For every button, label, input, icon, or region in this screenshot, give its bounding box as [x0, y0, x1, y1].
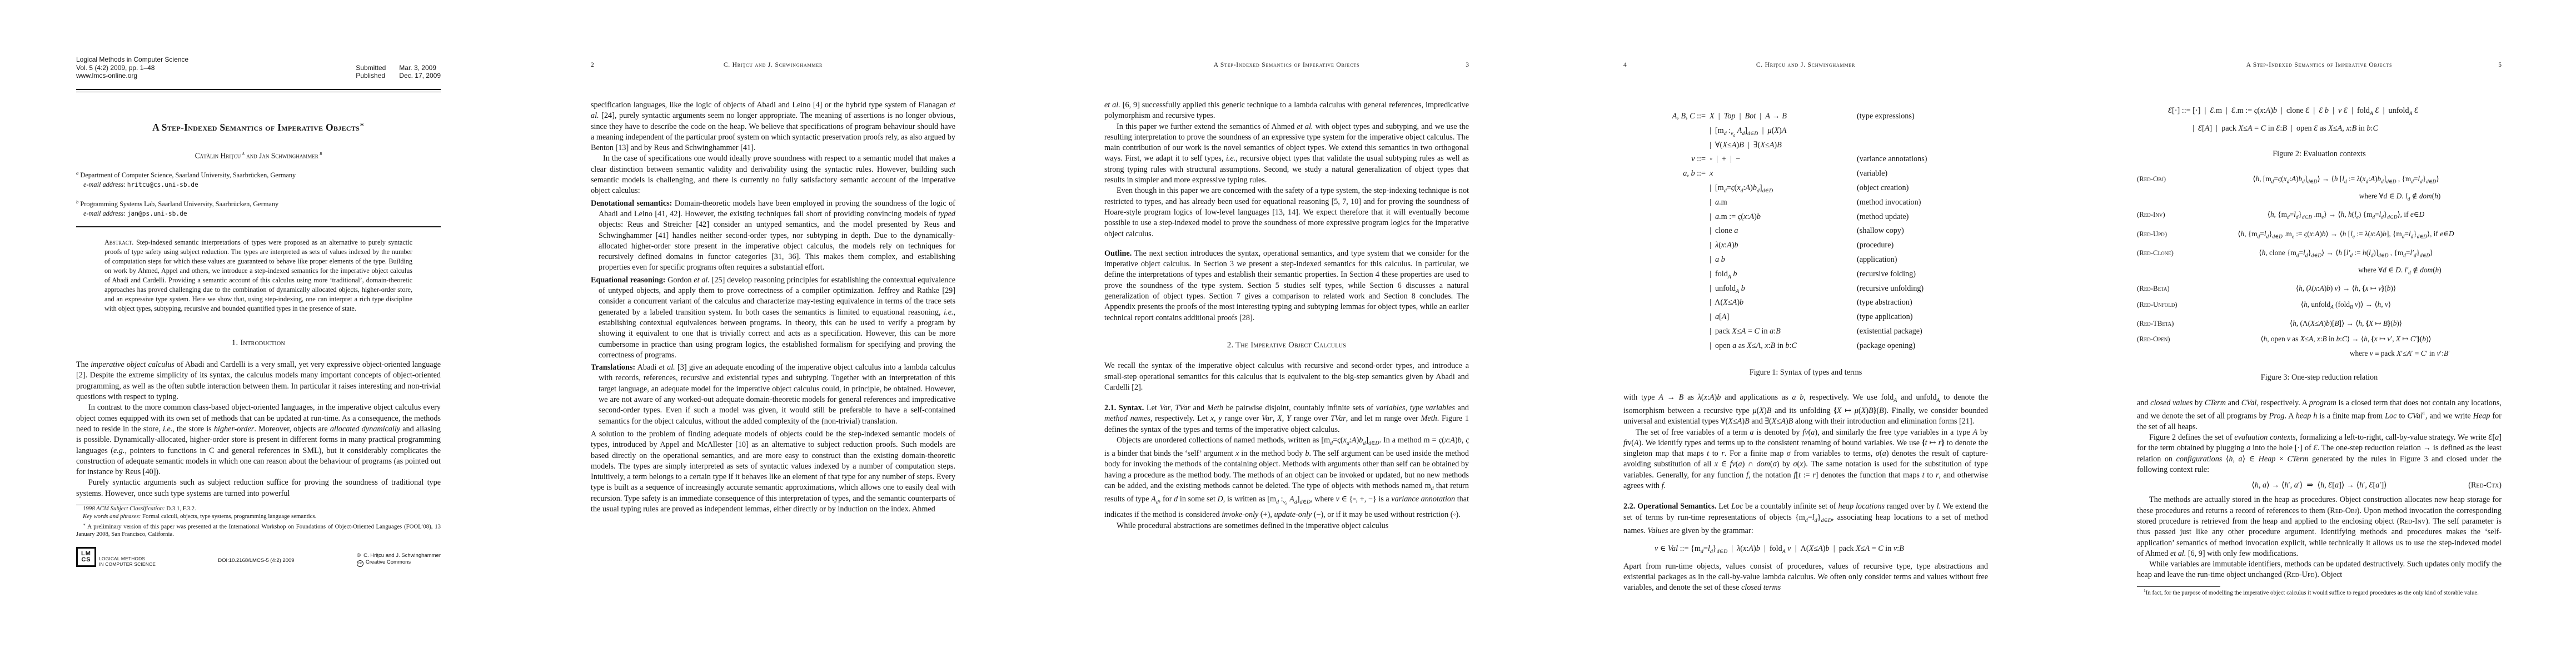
display-equation: v ∈ Val ::= {md=ld}d∈D | λ(x:A)b | foldA… [1623, 541, 1988, 559]
paragraph: with type A → B as λ(x:A)b and applicati… [1623, 392, 1988, 427]
grammar-production: | clone a [1706, 226, 1738, 235]
lmcs-logo-icon: LMCS [76, 547, 96, 567]
footnote: 1998 ACM Subject Classification: D.3.1, … [76, 505, 441, 513]
grammar-comment: (type expressions) [1857, 111, 1915, 122]
rule-row: (Red-Upd)⟨h, {md=ld}d∈D .me := ς(x:A)b⟩ … [2137, 227, 2502, 245]
rule-side-condition: where ∀d ∈ D. ld ∉ dom(h) [2137, 190, 2502, 206]
running-head: 4C. Hriţcu and J. Schwinghammer [1623, 62, 1988, 69]
running-title: C. Hriţcu and J. Schwinghammer [1649, 62, 1962, 69]
paragraph: Figure 2 defines the set of evaluation c… [2137, 432, 2502, 475]
footnote: ∗ A preliminary version of this paper wa… [76, 521, 441, 539]
affiliation-dept: b Programming Systems Lab, Saarland Univ… [76, 197, 441, 210]
grammar-row: | pack X≤A = C in a:B(existential packag… [1623, 326, 1988, 341]
page-body: A, B, C ::=X | Top | Bot | A → B(type ex… [1623, 100, 1988, 594]
rule-formula: ⟨h, clone {md=ld}d∈D⟩ → ⟨h [l′d := h(ld)… [2137, 246, 2502, 263]
page-3: A Step-Indexed Semantics of Imperative O… [1104, 0, 1469, 667]
grammar-row: A, B, C ::=X | Top | Bot | A → B(type ex… [1623, 111, 1988, 126]
copyright-line: © C. Hriţcu and J. Schwinghammer [357, 552, 441, 560]
grammar-row: | a b(application) [1623, 255, 1988, 269]
creative-commons-icon: cc [357, 560, 363, 567]
abstract: Abstract. Step-indexed semantic interpre… [104, 238, 412, 313]
rule-name: (Red-Clone) [2137, 246, 2174, 261]
grammar-production: | pack X≤A = C in a:B [1706, 327, 1781, 336]
page-number-left: 4 [1623, 62, 1649, 69]
rule-row: (Red-TBeta)⟨h, (Λ(X≤A)b)[B]⟩ → ⟨h, {X ↦ … [2137, 316, 2502, 331]
running-title: C. Hriţcu and J. Schwinghammer [616, 62, 930, 69]
double-rule [76, 89, 441, 92]
footnote: 1In fact, for the purpose of modelling t… [2137, 587, 2502, 598]
paragraph: et al. [6, 9] successfully applied this … [1104, 100, 1469, 122]
grammar-production: | a.m := ς(x:A)b [1706, 212, 1761, 221]
paragraph: We recall the syntax of the imperative o… [1104, 361, 1469, 393]
grammar-production: X | Top | Bot | A → B [1706, 112, 1787, 121]
footnote: Key words and phrases: Formal calculi, o… [76, 513, 441, 521]
masthead-left: Logical Methods in Computer ScienceVol. … [76, 56, 188, 80]
grammar-comment: (recursive unfolding) [1857, 283, 1924, 294]
page-number-left [2137, 62, 2163, 69]
grammar-production: | unfoldA b [1706, 284, 1745, 293]
paper-title: A Step-Indexed Semantics of Imperative O… [76, 120, 441, 133]
context-rule-formula: ⟨h, a⟩ → ⟨h′, a′⟩ ⇒ ⟨h, Ɛ[a]⟩ → ⟨h′, Ɛ[a… [2137, 478, 2502, 493]
grammar-comment: (variance annotations) [1857, 154, 1927, 165]
lmcs-logo-label-line: IN COMPUTER SCIENCE [99, 562, 156, 568]
rule-row: (Red-Beta)⟨h, (λ(x:A)b) v⟩ → ⟨h, {x ↦ v}… [2137, 281, 2502, 296]
lmcs-logo-row: CS [81, 557, 91, 563]
paper-authors: Cătălin Hriţcu a and Jan Schwinghammer b [76, 149, 441, 161]
running-head: A Step-Indexed Semantics of Imperative O… [2137, 62, 2502, 69]
grammar-head: a, b ::= [1623, 168, 1706, 179]
date-value: Mar. 3, 2009 [399, 64, 436, 72]
grammar-production: | [md :νd Ad]d∈D | μ(X)A [1706, 126, 1786, 135]
rule-row: (Red-Obj)⟨h, [md=ς(xd:A)bd]d∈D⟩ → ⟨h [ld… [2137, 172, 2502, 206]
grammar-production: x [1706, 169, 1713, 178]
grammar-production: ◦ | + | − [1706, 155, 1740, 163]
page-number-left [1104, 62, 1130, 69]
page-number-right [1962, 62, 1988, 69]
grammar-row: | [md :νd Ad]d∈D | μ(X)A [1623, 126, 1988, 140]
paragraph: Even though in this paper we are concern… [1104, 186, 1469, 239]
paragraph: specification languages, like the logic … [591, 100, 955, 153]
paragraph: and closed values by CTerm and CVal, res… [2137, 398, 2502, 433]
journal-footer: LMCSLOGICAL METHODSIN COMPUTER SCIENCEDO… [76, 547, 441, 567]
grammar-production: | a b [1706, 255, 1725, 264]
grammar-production: | a[A] [1706, 312, 1729, 321]
rule-formula: ⟨h, open v as X≤A, x:B in b:C⟩ → ⟨h, {x … [2137, 332, 2502, 347]
grammar-row: | a[A](type application) [1623, 312, 1988, 326]
paragraph: A solution to the problem of finding ade… [591, 429, 955, 515]
abstract-lead: Abstract. [104, 238, 133, 246]
grammar-row: | open a as X≤A, x:B in b:C(package open… [1623, 341, 1988, 355]
rule-name: (Red-TBeta) [2137, 316, 2174, 331]
paragraph: Apart from run-time objects, values cons… [1623, 561, 1988, 594]
date-label: Published [356, 72, 389, 80]
grammar-head: A, B, C ::= [1623, 111, 1706, 122]
running-head: A Step-Indexed Semantics of Imperative O… [1104, 62, 1469, 69]
display-line: | Ɛ[A] | pack X≤A = C in Ɛ:B | open Ɛ as… [2137, 121, 2502, 136]
paragraph: 2.2. Operational Semantics. Let Loc be a… [1623, 501, 1988, 536]
grammar-row: | clone a(shallow copy) [1623, 226, 1988, 240]
grammar-production: | foldA b [1706, 270, 1737, 278]
grammar-row: | λ(x:A)b(procedure) [1623, 240, 1988, 255]
lmcs-logo-label: LOGICAL METHODSIN COMPUTER SCIENCE [99, 556, 156, 567]
grammar-production: | [md=ς(xd:A)bd]d∈D [1706, 183, 1773, 192]
rule-formula: ⟨h, (λ(x:A)b) v⟩ → ⟨h, {x ↦ v}(b)⟩ [2137, 281, 2502, 296]
grammar-comment: (type application) [1857, 312, 1912, 322]
rule-name: (Red-Upd) [2137, 227, 2167, 242]
grammar-row: | ∀(X≤A)B | ∃(X≤A)B [1623, 140, 1988, 155]
section-heading: 1. Introduction [76, 338, 441, 349]
grammar-comment: (type abstraction) [1857, 297, 1912, 308]
doi: DOI:10.2168/LMCS-5 (4:2) 2009 [156, 555, 357, 567]
rule-row: (Red-Open)⟨h, open v as X≤A, x:B in b:C⟩… [2137, 332, 2502, 360]
running-head: 2C. Hriţcu and J. Schwinghammer [591, 62, 955, 69]
affiliation: b Programming Systems Lab, Saarland Univ… [76, 197, 441, 219]
grammar-head: ν ::= [1623, 154, 1706, 165]
paragraph: Objects are unordered collections of nam… [1104, 435, 1469, 521]
paragraph: 2.1. Syntax. Let Var, TVar and Meth be p… [1104, 403, 1469, 435]
description-item: Translations: Abadi et al. [3] give an a… [591, 362, 955, 427]
context-rule-label: (Red-Ctx) [2468, 478, 2502, 493]
grammar-row: | a.m := ς(x:A)b(method update) [1623, 212, 1988, 226]
page-number-left: 2 [591, 62, 616, 69]
grammar-row: | unfoldA b(recursive unfolding) [1623, 283, 1988, 298]
grammar-comment: (shallow copy) [1857, 226, 1904, 236]
rule-name: (Red-Inv) [2137, 207, 2165, 222]
affiliation: a Department of Computer Science, Saarla… [76, 168, 441, 190]
rights: © C. Hriţcu and J. SchwinghammerccCreati… [357, 552, 441, 568]
rule-formula: ⟨h, {md=ld}d∈D .me⟩ → ⟨h, h(le) {md=ld}d… [2137, 207, 2502, 225]
grammar-comment: (object creation) [1857, 183, 1909, 193]
rule-name: (Red-Open) [2137, 332, 2170, 347]
page-1: Logical Methods in Computer ScienceVol. … [76, 0, 441, 667]
rule-row: (Red-Clone)⟨h, clone {md=ld}d∈D⟩ → ⟨h [l… [2137, 246, 2502, 280]
display-line: Ɛ[·] ::= [·] | Ɛ.m | Ɛ.m := ς(x:A)b | cl… [2137, 103, 2502, 121]
display-equation: Ɛ[·] ::= [·] | Ɛ.m | Ɛ.m := ς(x:A)b | cl… [2137, 103, 2502, 136]
masthead-date-row: PublishedDec. 17, 2009 [356, 72, 441, 80]
page-body: et al. [6, 9] successfully applied this … [1104, 100, 1469, 531]
rule-row: (Red-Inv)⟨h, {md=ld}d∈D .me⟩ → ⟨h, h(le)… [2137, 207, 2502, 225]
figure-grammar: A, B, C ::=X | Top | Bot | A → B(type ex… [1623, 111, 1988, 355]
rule-name: (Red-Obj) [2137, 172, 2166, 187]
section-heading: 2. The Imperative Object Calculus [1104, 340, 1469, 351]
page-body: Logical Methods in Computer ScienceVol. … [76, 56, 441, 567]
page-4: 4C. Hriţcu and J. SchwinghammerA, B, C :… [1623, 0, 1988, 667]
paragraph: In this paper we further extend the sema… [1104, 122, 1469, 186]
figure-caption: Figure 3: One-step reduction relation [2137, 372, 2502, 383]
page-number-right: 5 [2476, 62, 2502, 69]
paragraph: While variables are immutable identifier… [2137, 559, 2502, 581]
affiliation-email: e-mail address: jan@ps.uni-sb.de [76, 209, 441, 219]
grammar-row: | foldA b(recursive folding) [1623, 269, 1988, 283]
paragraph: The imperative object calculus of Abadi … [76, 360, 441, 402]
paragraph: Outline. The next section introduces the… [1104, 248, 1469, 323]
rule-side-condition: where v ≡ pack X′≤A′ = C′ in v′:B′ [2137, 347, 2502, 361]
description-item: Denotational semantics: Domain-theoretic… [591, 198, 955, 273]
grammar-production: | open a as X≤A, x:B in b:C [1706, 341, 1797, 350]
grammar-comment: (variable) [1857, 168, 1887, 179]
rule-formula: ⟨h, [md=ς(xd:A)bd]d∈D⟩ → ⟨h [ld := λ(xd:… [2137, 172, 2502, 190]
figure-caption: Figure 2: Evaluation contexts [2137, 149, 2502, 160]
email-address: jan@ps.uni-sb.de [127, 210, 187, 217]
rule-formula: ⟨h, {md=ld}d∈D .me := ς(x:A)b⟩ → ⟨h [le … [2137, 227, 2502, 245]
grammar-comment: (procedure) [1857, 240, 1894, 251]
affiliation-dept: a Department of Computer Science, Saarla… [76, 168, 441, 181]
masthead-line-1: Vol. 5 (4:2) 2009, pp. 1–48 [76, 64, 188, 72]
description-item: Equational reasoning: Gordon et al. [25]… [591, 275, 955, 361]
rule-name: (Red-Unfold) [2137, 297, 2178, 312]
date-label: Submitted [356, 64, 389, 72]
journal-masthead: Logical Methods in Computer ScienceVol. … [76, 56, 441, 80]
grammar-comment: (method update) [1857, 212, 1909, 222]
grammar-comment: (application) [1857, 255, 1897, 265]
page-body: specification languages, like the logic … [591, 100, 955, 515]
grammar-comment: (package opening) [1857, 341, 1915, 351]
grammar-row: | Λ(X≤A)b(type abstraction) [1623, 297, 1988, 312]
reduction-rules: (Red-Obj)⟨h, [md=ς(xd:A)bd]d∈D⟩ → ⟨h [ld… [2137, 172, 2502, 360]
paragraph: While procedural abstractions are someti… [1104, 521, 1469, 531]
display-line: v ∈ Val ::= {md=ld}d∈D | λ(x:A)b | foldA… [1623, 541, 1988, 559]
grammar-row: ν ::=◦ | + | −(variance annotations) [1623, 154, 1988, 168]
rule-row: (Red-Unfold)⟨h, unfoldA (foldB v)⟩ → ⟨h,… [2137, 297, 2502, 315]
grammar-comment: (recursive folding) [1857, 269, 1916, 280]
email-address: hritcu@cs.uni-sb.de [127, 181, 198, 188]
thick-rule [76, 226, 441, 227]
grammar-row: a, b ::=x(variable) [1623, 168, 1988, 183]
masthead-dates: SubmittedMar. 3, 2009PublishedDec. 17, 2… [356, 64, 441, 80]
paragraph: The methods are actually stored in the h… [2137, 495, 2502, 559]
paragraph: The set of free variables of a term a is… [1623, 427, 1988, 492]
rule-formula: ⟨h, unfoldA (foldB v)⟩ → ⟨h, v⟩ [2137, 297, 2502, 315]
page-number-right: 3 [1443, 62, 1469, 69]
masthead-line-2: www.lmcs-online.org [76, 72, 188, 80]
affiliation-email: e-mail address: hritcu@cs.uni-sb.de [76, 180, 441, 190]
grammar-comment: (method invocation) [1857, 197, 1921, 208]
license-line: ccCreative Commons [357, 559, 441, 567]
paragraph: Purely syntactic arguments such as subje… [76, 477, 441, 499]
page-5: A Step-Indexed Semantics of Imperative O… [2137, 0, 2502, 667]
paragraph: In the case of specifications one would … [591, 153, 955, 196]
figure-caption: Figure 1: Syntax of types and terms [1623, 367, 1988, 378]
grammar-production: | a.m [1706, 198, 1727, 207]
running-title: A Step-Indexed Semantics of Imperative O… [1130, 62, 1443, 69]
grammar-row: | [md=ς(xd:A)bd]d∈D(object creation) [1623, 183, 1988, 197]
page-2: 2C. Hriţcu and J. Schwinghammerspecifica… [591, 0, 955, 667]
masthead-line-0: Logical Methods in Computer Science [76, 56, 188, 64]
page-number-right [930, 62, 955, 69]
paper-scan: Logical Methods in Computer ScienceVol. … [0, 0, 2576, 667]
context-rule: ⟨h, a⟩ → ⟨h′, a′⟩ ⇒ ⟨h, Ɛ[a]⟩ → ⟨h′, Ɛ[a… [2137, 478, 2502, 493]
grammar-comment: (existential package) [1857, 326, 1922, 337]
grammar-row: | a.m(method invocation) [1623, 197, 1988, 212]
paragraph: In contrast to the more common class-bas… [76, 402, 441, 477]
running-title: A Step-Indexed Semantics of Imperative O… [2163, 62, 2476, 69]
rule-side-condition: where ∀d ∈ D. l′d ∉ dom(h) [2137, 263, 2502, 280]
grammar-production: | λ(x:A)b [1706, 241, 1738, 250]
rule-formula: ⟨h, (Λ(X≤A)b)[B]⟩ → ⟨h, {X ↦ B}(b)⟩ [2137, 316, 2502, 331]
page-body: Ɛ[·] ::= [·] | Ɛ.m | Ɛ.m := ς(x:A)b | cl… [2137, 100, 2502, 597]
masthead-date-row: SubmittedMar. 3, 2009 [356, 64, 441, 72]
rule-name: (Red-Beta) [2137, 281, 2170, 296]
date-value: Dec. 17, 2009 [399, 72, 441, 80]
grammar-production: | Λ(X≤A)b [1706, 298, 1743, 307]
grammar-production: | ∀(X≤A)B | ∃(X≤A)B [1706, 141, 1782, 150]
